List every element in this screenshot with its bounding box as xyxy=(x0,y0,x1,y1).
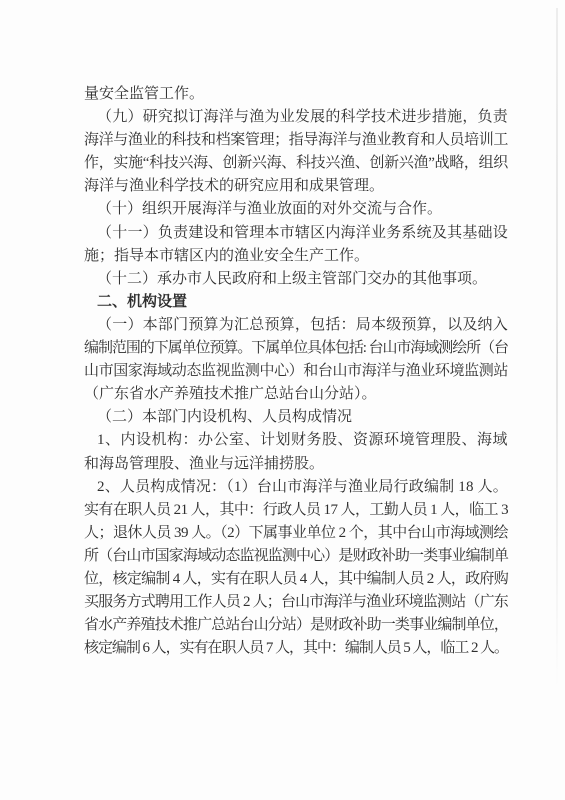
text-line: 核定编制 6 人，实有在职人员 7 人，其中：编制人员 5 人，临工 2 人。 xyxy=(84,637,508,660)
document-body: 量安全监管工作。（九）研究拟订海洋与渔为业发展的科学技术进步措施，负责海洋与渔业… xyxy=(84,83,508,660)
text-line: 山市国家海域动态监视监测中心）和台山市海洋与渔业环境监测站 xyxy=(84,360,508,383)
text-line: 所（台山市国家海域动态监视监测中心）是财政补助一类事业编制单 xyxy=(84,545,508,568)
text-line: 施；指导本市辖区内的渔业安全生产工作。 xyxy=(84,245,508,268)
scan-edge-artifact xyxy=(556,8,558,688)
text-line: （九）研究拟订海洋与渔为业发展的科学技术进步措施，负责 xyxy=(84,106,508,129)
text-line: （广东省水产养殖技术推广总站台山分站）。 xyxy=(84,383,508,406)
text-line: 2、人员构成情况：（1）台山市海洋与渔业局行政编制 18 人。 xyxy=(84,476,508,499)
text-line: （十二）承办市人民政府和上级主管部门交办的其他事项。 xyxy=(84,268,508,291)
text-line: 量安全监管工作。 xyxy=(84,83,508,106)
text-line: 海洋与渔业科学技术的研究应用和成果管理。 xyxy=(84,175,508,198)
text-line: 人；退休人员 39 人。（2）下属事业单位 2 个，其中台山市海域测绘 xyxy=(84,522,508,545)
text-line: 海洋与渔业的科技和档案管理；指导海洋与渔业教育和人员培训工 xyxy=(84,129,508,152)
text-line: 二、机构设置 xyxy=(84,291,508,314)
text-line: 实有在职人员 21 人，其中：行政人员 17 人，工勤人员 1 人，临工 3 xyxy=(84,499,508,522)
text-line: （二）本部门内设机构、人员构成情况 xyxy=(84,406,508,429)
text-line: （十）组织开展海洋与渔业放面的对外交流与合作。 xyxy=(84,198,508,221)
text-line: 编制范围的下属单位预算。下属单位具体包括: 台山市海域测绘所（台 xyxy=(84,337,508,360)
document-page: 量安全监管工作。（九）研究拟订海洋与渔为业发展的科学技术进步措施，负责海洋与渔业… xyxy=(0,0,565,800)
text-line: 位，核定编制 4 人，实有在职人员 4 人，其中编制人员 2 人，政府购 xyxy=(84,568,508,591)
text-line: （一）本部门预算为汇总预算，包括：局本级预算，以及纳入 xyxy=(84,314,508,337)
text-line: 和海岛管理股、渔业与远洋捕捞股。 xyxy=(84,453,508,476)
text-line: 1、内设机构：办公室、计划财务股、资源环境管理股、海域 xyxy=(84,429,508,452)
text-line: （十一）负责建设和管理本市辖区内海洋业务系统及其基础设 xyxy=(84,222,508,245)
text-line: 省水产养殖技术推广总站台山分站）是财政补助一类事业编制单位， xyxy=(84,614,508,637)
text-line: 作，实施“科技兴海、创新兴海、科技兴渔、创新兴渔”战略，组织 xyxy=(84,152,508,175)
text-line: 买服务方式聘用工作人员 2 人；台山市海洋与渔业环境监测站（广东 xyxy=(84,591,508,614)
